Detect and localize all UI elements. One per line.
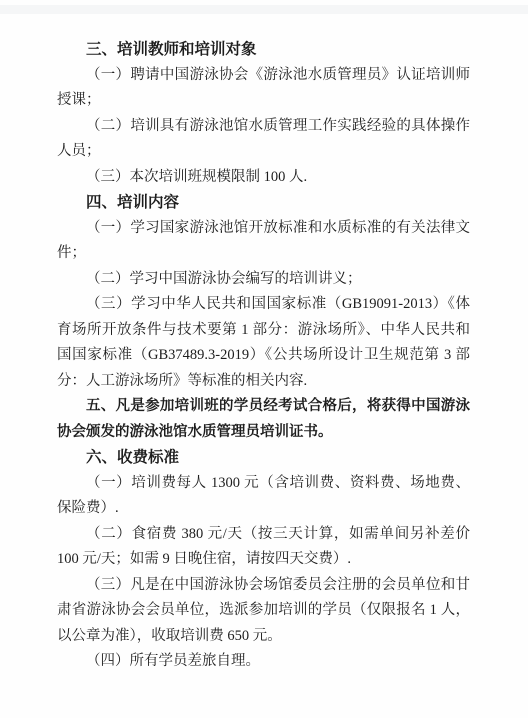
paragraph-line: 人员； [57, 139, 470, 165]
paragraph-line: 分：人工游泳场所》等标准的相关内容. [57, 369, 470, 395]
paragraph-line: 肃省游泳协会会员单位，选派参加培训的学员（仅限报名 1 人， [57, 598, 470, 624]
paragraph-line: （三）凡是在中国游泳协会场馆委员会注册的会员单位和甘 [57, 573, 470, 599]
document-body: 三、培训教师和培训对象 （一）聘请中国游泳协会《游泳池水质管理员》认证培训师 授… [57, 37, 470, 675]
section-heading-3: 三、培训教师和培训对象 [57, 37, 470, 63]
section-heading-4: 四、培训内容 [57, 190, 470, 216]
paragraph-line: （一）聘请中国游泳协会《游泳池水质管理员》认证培训师 [57, 63, 470, 89]
paragraph-line: （四）所有学员差旅自理。 [57, 649, 470, 675]
section-5-bold-line: 协会颁发的游泳池馆水质管理员培训证书。 [57, 420, 470, 446]
section-5-bold-line: 五、凡是参加培训班的学员经考试合格后，将获得中国游泳 [57, 394, 470, 420]
paragraph-line: 育场所开放条件与技术要第 1 部分：游泳场所》、中华人民共和 [57, 318, 470, 344]
paragraph-line: （三）本次培训班规模限制 100 人. [57, 165, 470, 191]
paragraph-line: （三）学习中华人民共和国国家标准（GB19091-2013）《体 [57, 292, 470, 318]
paragraph-line: （一）培训费每人 1300 元（含培训费、资料费、场地费、 [57, 471, 470, 497]
paragraph-line: 保险费）. [57, 496, 470, 522]
paragraph-line: （一）学习国家游泳池馆开放标准和水质标准的有关法律文 [57, 216, 470, 242]
paragraph-line: 以公章为准），收取培训费 650 元。 [57, 624, 470, 650]
paragraph-line: （二）培训具有游泳池馆水质管理工作实践经验的具体操作 [57, 114, 470, 140]
scan-artifact-band [0, 5, 528, 14]
section-heading-6: 六、收费标准 [57, 445, 470, 471]
paragraph-line: （二）学习中国游泳协会编写的培训讲义； [57, 267, 470, 293]
paragraph-line: 100 元/天；如需 9 日晚住宿，请按四天交费）. [57, 547, 470, 573]
paragraph-line: （二）食宿费 380 元/天（按三天计算，如需单间另补差价 [57, 522, 470, 548]
paragraph-line: 件； [57, 241, 470, 267]
paragraph-line: 授课； [57, 88, 470, 114]
document-page: 三、培训教师和培训对象 （一）聘请中国游泳协会《游泳池水质管理员》认证培训师 授… [0, 0, 528, 718]
paragraph-line: 国国家标准（GB37489.3-2019）《公共场所设计卫生规范第 3 部 [57, 343, 470, 369]
